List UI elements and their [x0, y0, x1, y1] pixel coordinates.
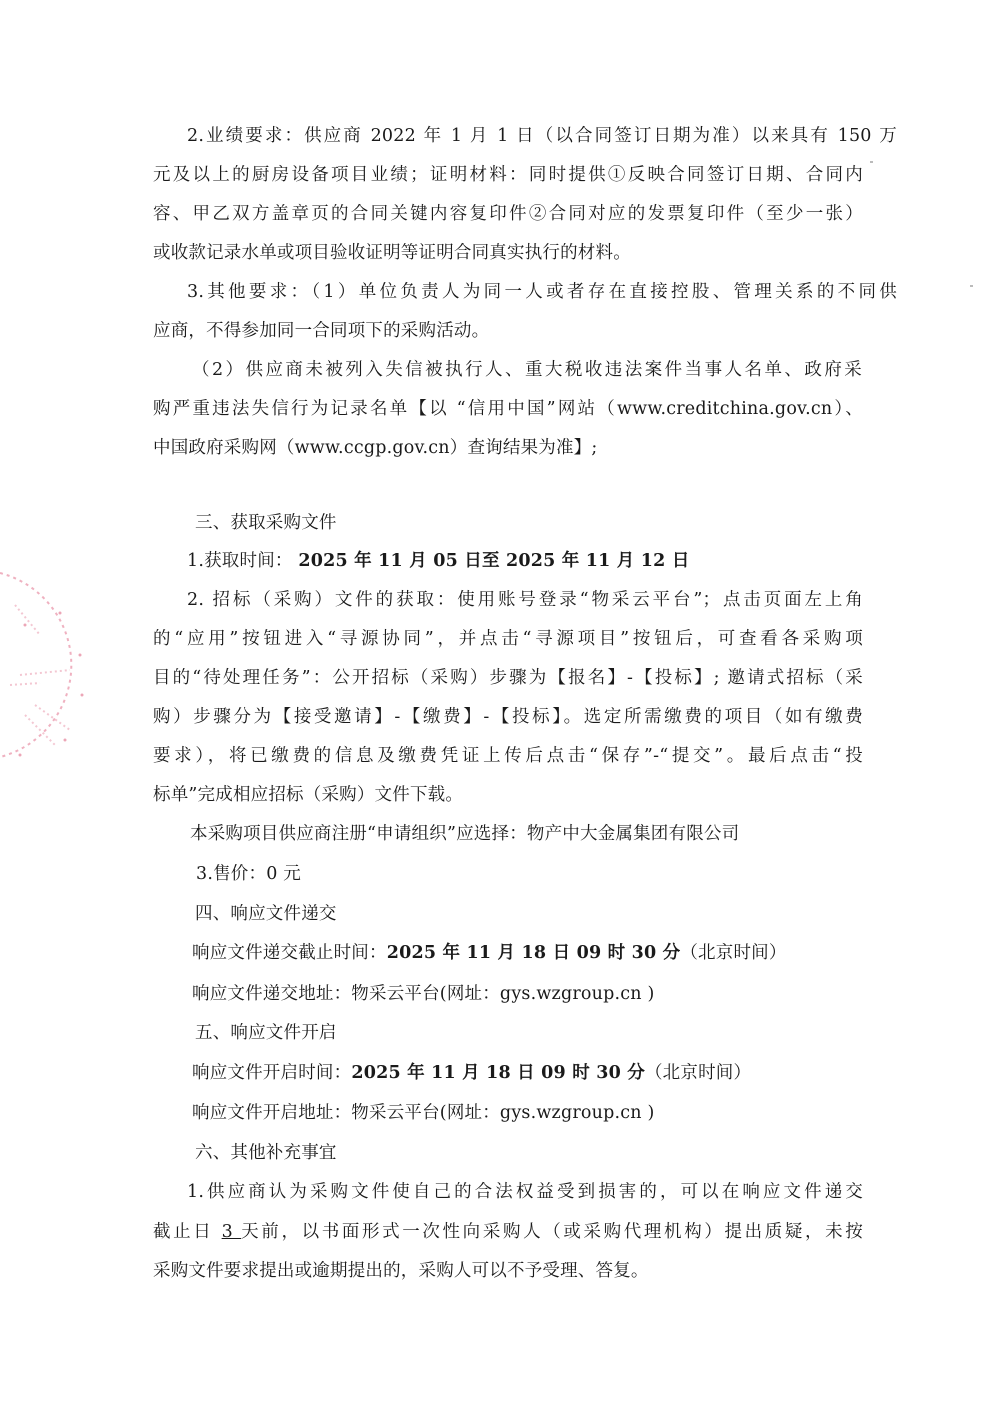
acquire-method-line-2: 的“应用”按钮进入“寻源协同”，并点击“寻源项目”按钮后，可查看各采购项 [153, 627, 863, 651]
scan-speck [870, 161, 873, 163]
opening-time-line: 响应文件开启时间：2025 年 11 月 18 日 09 时 30 分（北京时间… [192, 1061, 902, 1085]
performance-requirement-line-2: 元及以上的厨房设备项目业绩；证明材料：同时提供①反映合同签订日期、合同内 [153, 163, 863, 187]
challenge-clause-suffix: 天前，以书面形式一次性向采购人（或采购代理机构）提出质疑，未按 [241, 1222, 863, 1242]
document-price: 3.售价：0 元 [196, 862, 906, 886]
acquire-method-line-3: 目的“待处理任务”：公开招标（采购）步骤为【报名】-【投标】; 邀请式招标（采 [153, 666, 863, 690]
challenge-clause-prefix: 截止日 [153, 1222, 222, 1242]
document-page: 2.业绩要求：供应商 2022 年 1 月 1 日（以合同签订日期为准）以来具有… [0, 0, 1000, 1414]
section-heading-other-matters: 六、其他补充事宜 [195, 1141, 905, 1165]
other-requirement-line-3: （2）供应商未被列入失信被执行人、重大税收违法案件当事人名单、政府采 [192, 358, 862, 382]
section-heading-acquire-documents: 三、获取采购文件 [195, 511, 905, 535]
submission-deadline-value: 2025 年 11 月 18 日 09 时 30 分 [387, 943, 681, 963]
submission-deadline-line: 响应文件递交截止时间：2025 年 11 月 18 日 09 时 30 分（北京… [192, 941, 902, 965]
submission-deadline-suffix: （北京时间） [680, 943, 786, 963]
other-requirement-line-1: 3.其他要求：（1）单位负责人为同一人或者存在直接控股、管理关系的不同供 [187, 280, 897, 304]
acquire-method-line-4: 购）步骤分为【接受邀请】-【缴费】-【投标】。选定所需缴费的项目（如有缴费 [153, 705, 863, 729]
scan-speck [970, 285, 973, 287]
challenge-days-value: 3 [222, 1222, 242, 1242]
section-heading-response-submission: 四、响应文件递交 [195, 902, 905, 926]
other-requirement-line-2: 应商，不得参加同一合同项下的采购活动。 [153, 319, 863, 343]
opening-address: 响应文件开启地址：物采云平台(网址：gys.wzgroup.cn ) [192, 1101, 902, 1125]
challenge-clause-line-2: 截止日 3 天前，以书面形式一次性向采购人（或采购代理机构）提出质疑，未按 [153, 1220, 863, 1244]
section-heading-response-opening: 五、响应文件开启 [195, 1021, 905, 1045]
submission-deadline-label: 响应文件递交截止时间： [192, 943, 387, 963]
challenge-clause-line-1: 1.供应商认为采购文件使自己的合法权益受到损害的，可以在响应文件递交 [187, 1180, 863, 1204]
challenge-clause-line-3: 采购文件要求提出或逾期提出的，采购人可以不予受理、答复。 [153, 1259, 863, 1283]
opening-time-suffix: （北京时间） [645, 1063, 751, 1083]
acquire-method-line-1: 2. 招标（采购）文件的获取：使用账号登录“物采云平台”；点击页面左上角 [187, 588, 863, 612]
acquire-time-value: 2025 年 11 月 05 日至 2025 年 11 月 12 日 [298, 551, 689, 571]
performance-requirement-line-4: 或收款记录水单或项目验收证明等证明合同真实执行的材料。 [153, 241, 863, 265]
performance-requirement-line-3: 容、甲乙双方盖章页的合同关键内容复印件②合同对应的发票复印件（至少一张） [153, 202, 863, 226]
other-requirement-line-4: 购严重违法失信行为记录名单【以 “信用中国”网站（www.creditchina… [153, 397, 863, 421]
acquire-time-label: 1.获取时间： [187, 551, 293, 571]
acquire-method-line-5: 要求），将已缴费的信息及缴费凭证上传后点击“保存”-“提交”。最后点击“投 [153, 744, 863, 768]
performance-requirement-line-1: 2.业绩要求：供应商 2022 年 1 月 1 日（以合同签订日期为准）以来具有… [187, 124, 897, 148]
opening-time-value: 2025 年 11 月 18 日 09 时 30 分 [351, 1063, 645, 1083]
red-seal-stamp-icon [0, 565, 100, 765]
registration-note: 本采购项目供应商注册“申请组织”应选择：物产中大金属集团有限公司 [190, 822, 900, 846]
other-requirement-line-5: 中国政府采购网（www.ccgp.gov.cn）查询结果为准】; [153, 436, 863, 460]
acquire-method-line-6: 标单”完成相应招标（采购）文件下载。 [153, 783, 863, 807]
acquire-time-line: 1.获取时间： 2025 年 11 月 05 日至 2025 年 11 月 12… [187, 549, 897, 573]
submission-address: 响应文件递交地址：物采云平台(网址：gys.wzgroup.cn ) [192, 982, 902, 1006]
opening-time-label: 响应文件开启时间： [192, 1063, 351, 1083]
